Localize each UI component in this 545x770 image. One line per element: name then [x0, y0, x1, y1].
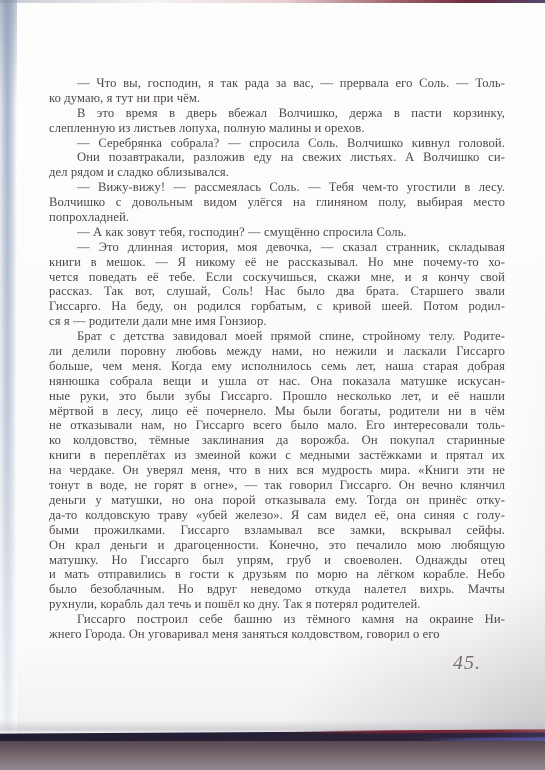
text-line: быми прожилками. Гиссарго взламывал все … [49, 523, 505, 538]
text-line: дел рядом и сладко облизывался. [49, 165, 505, 180]
text-line: больше, чем меня. Когда ему исполнилось … [49, 359, 505, 374]
text-line: матушку. Но Гиссарго был упрям, груб и с… [49, 553, 505, 568]
text-line: тонут в воде, не горят в огне», — так го… [49, 478, 505, 493]
text-line: не отказывали нам, но Гиссарго всего был… [49, 418, 505, 433]
text-line: было безоблачным. Но вдруг неведомо отку… [49, 582, 505, 597]
text-line: — Серебрянка собрала? — спросила Соль. В… [49, 136, 505, 151]
text-line: нянюшка собрала вещи и ушла от нас. Она … [49, 374, 505, 389]
text-line: Гиссарго. На беду, он родился горбатым, … [49, 299, 505, 314]
text-line: Гиссарго построил себе башню из тёмного … [49, 612, 505, 627]
text-line: ко колдовство, тёмные заклинания да воро… [49, 433, 505, 448]
text-line: ные руки, это были зубы Гиссарго. Прошло… [49, 389, 505, 404]
text-line: попрохладней. [49, 210, 505, 225]
text-line: чется поведать её тебе. Если соскучишься… [49, 270, 505, 285]
text-line: ся я — родители дали мне имя Гонзиор. [49, 314, 505, 329]
text-line: — Это длинная история, моя девочка, — ск… [49, 240, 505, 255]
book-edge-red-stripe [295, 729, 545, 734]
scanned-book-page: — Что вы, господин, я так рада за вас, —… [0, 0, 545, 770]
text-line: книги в переплётах из змеиной кожи с мед… [49, 448, 505, 463]
text-line: и мать отправились в гости к друзьям по … [49, 567, 505, 582]
gutter-fade [0, 0, 17, 734]
text-line: слепленную из листьев лопуха, полную мал… [49, 121, 505, 136]
text-line: В это время в дверь вбежал Волчишко, дер… [49, 106, 505, 121]
text-line: рассказ. Так вот, слушай, Соль! Нас было… [49, 284, 505, 299]
table-surface [0, 741, 545, 770]
page-gutter-shadow [0, 0, 17, 734]
scan-top-edge-line [0, 0, 545, 3]
text-line: жнего Города. Он уговаривал меня занятьс… [49, 627, 505, 642]
text-line: — Что вы, господин, я так рада за вас, —… [49, 76, 505, 91]
text-line: Он крал деньги и драгоценности. Конечно,… [49, 538, 505, 553]
text-line: на чердаке. Он уверял меня, что в них вс… [49, 463, 505, 478]
text-line: деньги у матушки, но она порой отказывал… [49, 493, 505, 508]
text-line: мёртвой в лесу, лицо её почернело. Мы бы… [49, 404, 505, 419]
text-line: ко думаю, я тут ни при чём. [49, 91, 505, 106]
text-line: — А как зовут тебя, господин? — смущённо… [49, 225, 505, 240]
text-line: да-то колдовскую траву «убей железо». Я … [49, 508, 505, 523]
text-line: Они позавтракали, разложив еду на свежих… [49, 150, 505, 165]
text-block: — Что вы, господин, я так рада за вас, —… [49, 76, 505, 642]
text-line: Волчишко с довольным видом улёгся на гли… [49, 195, 505, 210]
page-number: 45. [453, 652, 513, 675]
text-line: Брат с детства завидовал моей прямой спи… [49, 329, 505, 344]
text-line: книги в мешок. — Я никому её не рассказы… [49, 255, 505, 270]
text-line: рухнули, корабль дал течь и пошёл ко дну… [49, 597, 505, 612]
text-line: — Вижу-вижу! — рассмеялась Соль. — Тебя … [49, 180, 505, 195]
text-line: ли делили поровну любовь между нами, но … [49, 344, 505, 359]
